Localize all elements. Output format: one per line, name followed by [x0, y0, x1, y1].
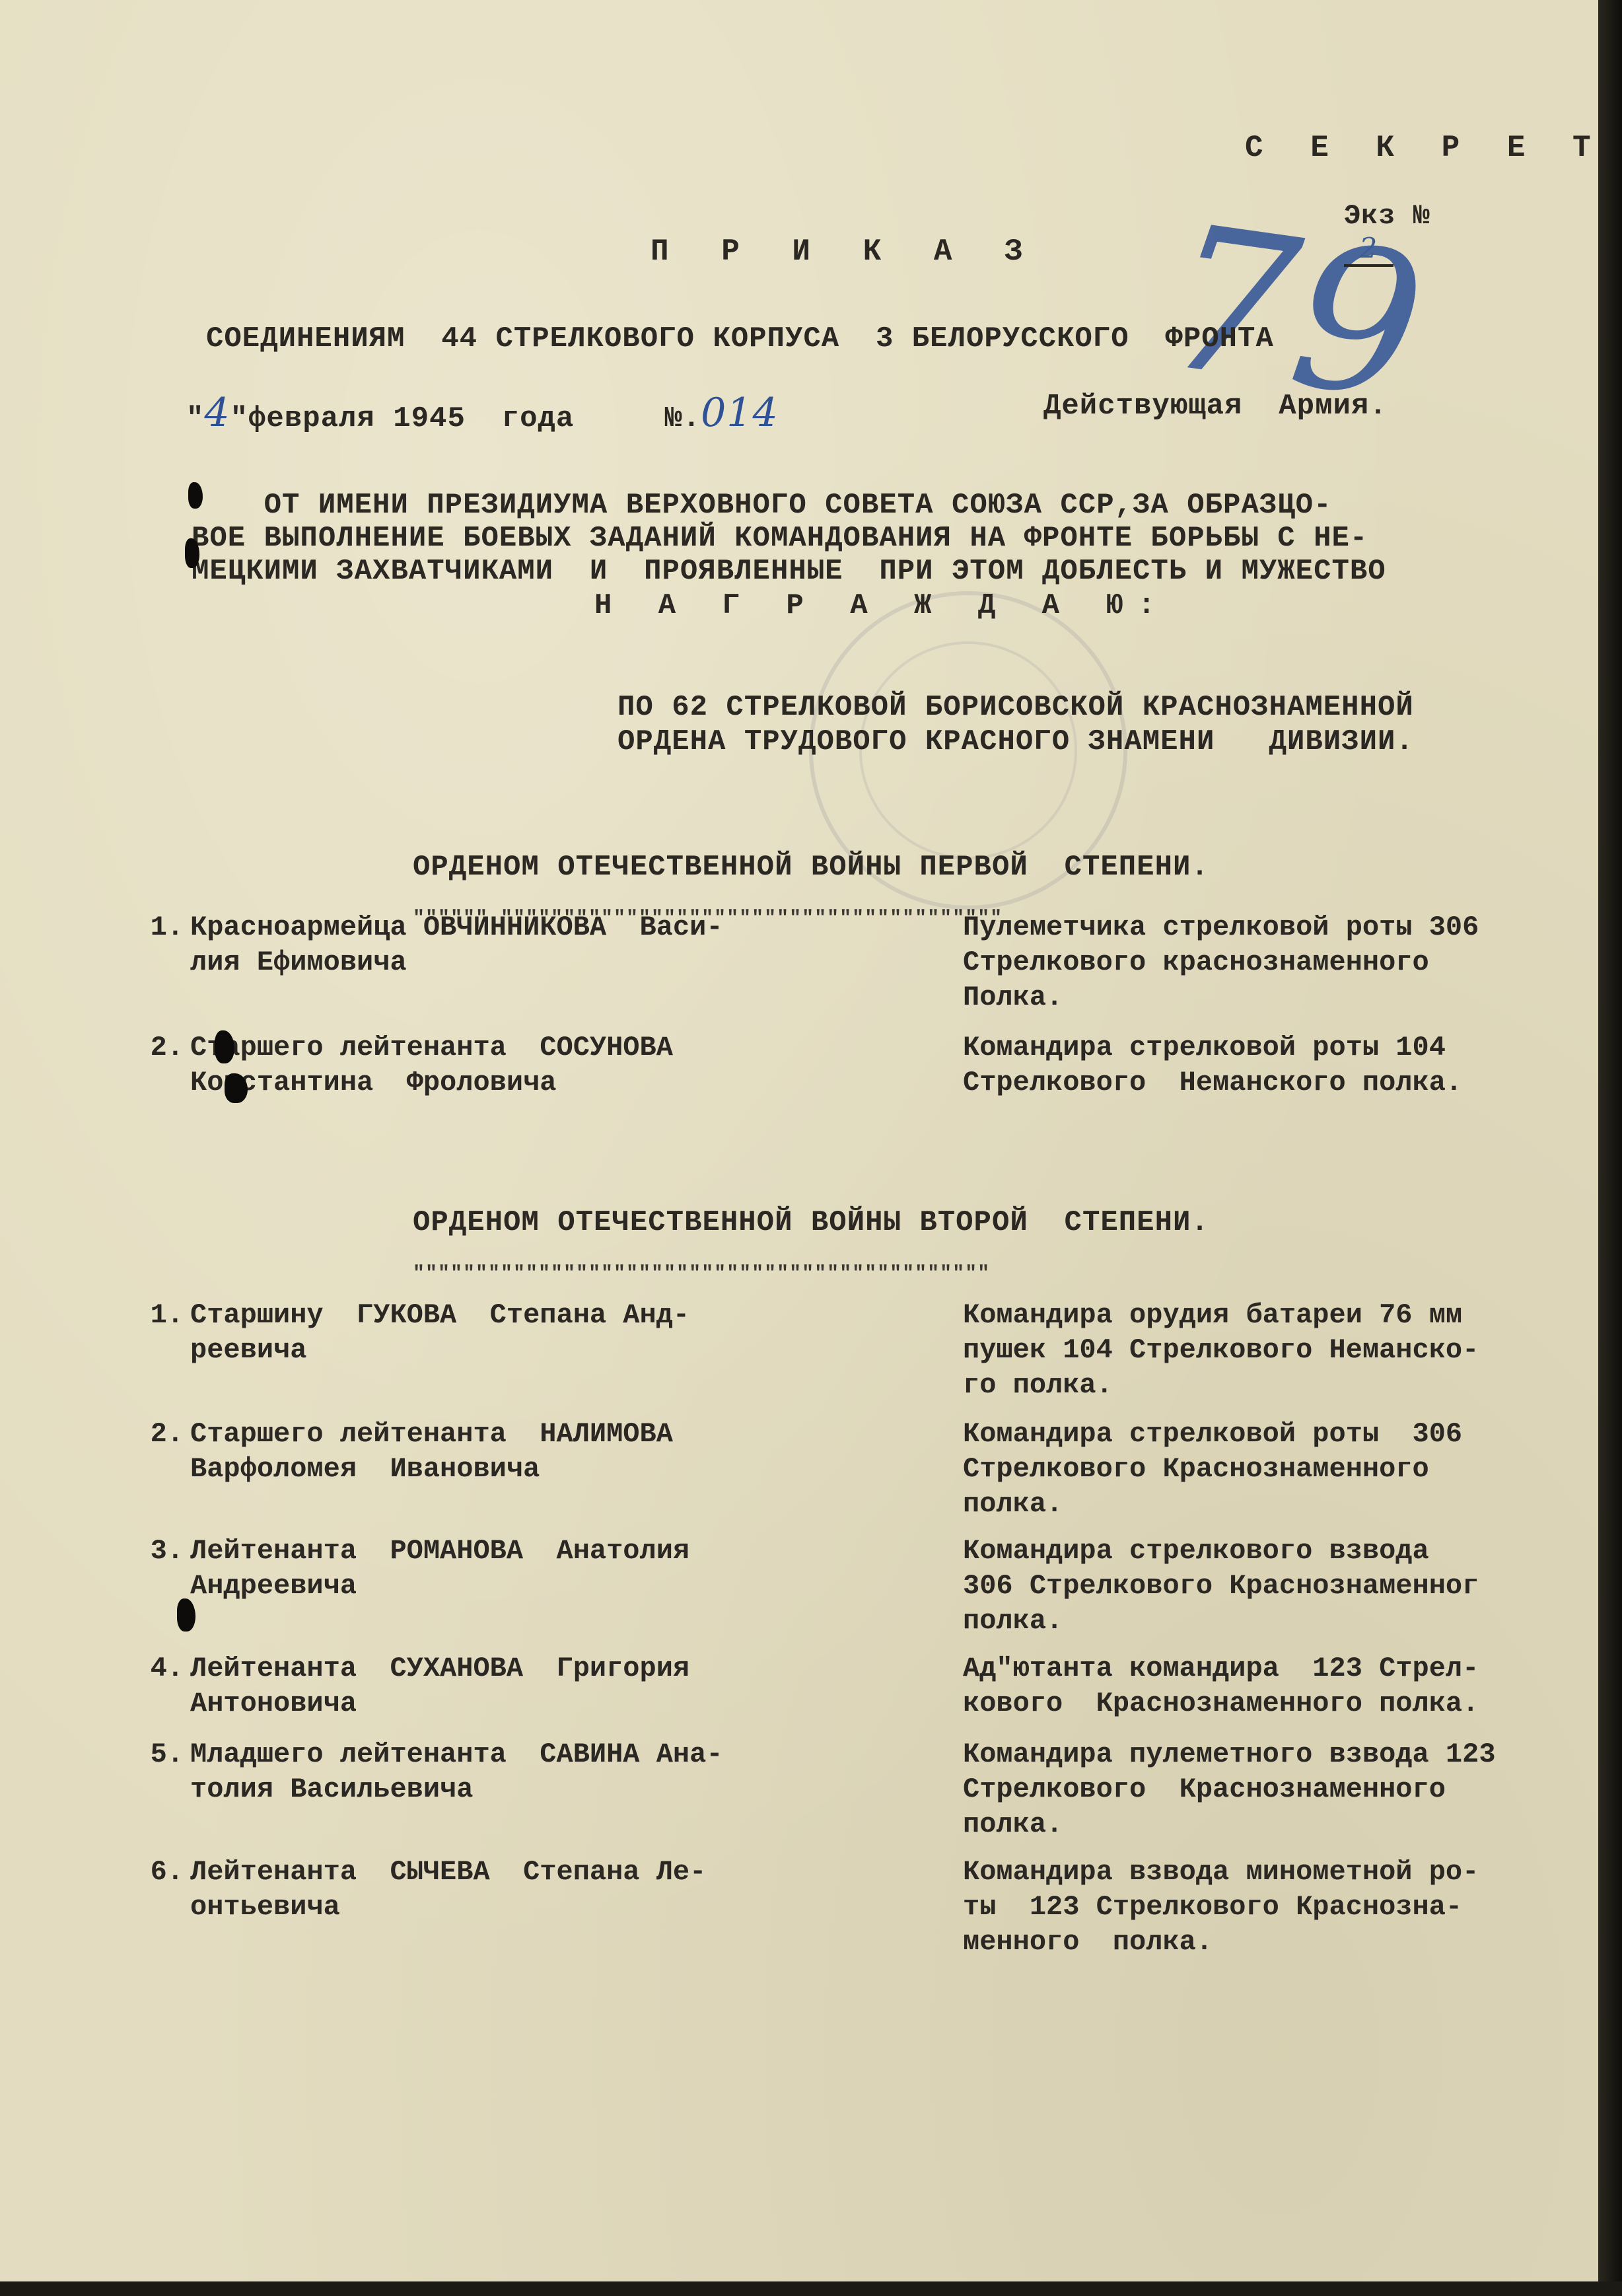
entry-name-line: онтьевича: [190, 1891, 340, 1923]
order-addressee: СОЕДИНЕНИЯМ 44 СТРЕЛКОВОГО КОРПУСА 3 БЕЛ…: [206, 322, 1274, 355]
entry-position-line: Командира стрелковой роты 104: [963, 1030, 1462, 1065]
award-entry-position: Командира стрелковой роты 306Стрелкового…: [963, 1417, 1462, 1522]
award-entry-name: 3.Лейтенанта РОМАНОВА Анатолия Андреевич…: [119, 1534, 689, 1604]
section-title-second-degree: ОРДЕНОМ ОТЕЧЕСТВЕННОЙ ВОЙНЫ ВТОРОЙ СТЕПЕ…: [413, 1182, 1209, 1309]
entry-position-line: менного полка.: [963, 1925, 1479, 1960]
entry-position-line: Стрелкового Краснознаменного: [963, 1452, 1462, 1487]
entry-name-line: Варфоломея Ивановича: [190, 1453, 540, 1485]
entry-number: 2.: [119, 1417, 190, 1452]
order-title: П Р И К А З: [651, 234, 1040, 269]
entry-position-line: полка.: [963, 1807, 1496, 1842]
entry-position-line: Командира взвода минометной ро-: [963, 1855, 1479, 1890]
section-underline: """"""""""""""""""""""""""""""""""""""""…: [413, 1263, 1209, 1285]
entry-position-line: полка.: [963, 1487, 1462, 1522]
entry-position-line: Командира стрелковой роты 306: [963, 1417, 1462, 1452]
date-open-quote: ": [186, 402, 204, 435]
award-entry-position: Командира стрелковой роты 104Стрелкового…: [963, 1030, 1462, 1100]
entry-position-line: полка.: [963, 1604, 1479, 1639]
page-edge-shadow: [1598, 0, 1622, 2296]
award-entry-position: Командира стрелкового взвода306 Стрелков…: [963, 1534, 1479, 1639]
entry-position-line: Командира стрелкового взвода: [963, 1534, 1479, 1569]
entry-name-line: Старшину ГУКОВА Степана Анд-: [190, 1299, 689, 1331]
entry-position-line: Стрелкового краснознаменного: [963, 945, 1479, 980]
date-day-handwritten: 4: [204, 390, 230, 436]
award-entry-name: 5.Младшего лейтенанта САВИНА Ана- толия …: [119, 1737, 723, 1807]
date-text: "февраля 1945 года: [230, 402, 575, 435]
entry-position-line: Пулеметчика стрелковой роты 306: [963, 910, 1479, 945]
entry-number: 1.: [119, 910, 190, 945]
entry-name-line: толия Васильевича: [190, 1774, 473, 1805]
page-bottom-edge: [0, 2281, 1622, 2296]
entry-position-line: кового Краснознаменного полка.: [963, 1686, 1479, 1721]
entry-number: 1.: [119, 1298, 190, 1333]
entry-number: 6.: [119, 1855, 190, 1890]
entry-position-line: Стрелкового Неманского полка.: [963, 1065, 1462, 1100]
order-number-label: №.: [664, 402, 701, 435]
entry-name-line: Красноармейца ОВЧИННИКОВА Васи-: [190, 912, 723, 943]
award-entry-position: Командира взвода минометной ро-ты 123 Ст…: [963, 1855, 1479, 1960]
award-entry-position: Ад"ютанта командира 123 Стрел-кового Кра…: [963, 1651, 1479, 1721]
order-date-line: "4"февраля 1945 года №.014: [186, 390, 779, 436]
entry-position-line: Командира орудия батареи 76 мм: [963, 1298, 1479, 1333]
entry-name-line: Старшего лейтенанта СОСУНОВА: [190, 1032, 673, 1063]
preamble-line: МЕЦКИМИ ЗАХВАТЧИКАМИ И ПРОЯВЛЕННЫЕ ПРИ Э…: [192, 555, 1578, 588]
entry-position-line: го полка.: [963, 1368, 1479, 1403]
division-line: ОРДЕНА ТРУДОВОГО КРАСНОГО ЗНАМЕНИ ДИВИЗИ…: [617, 725, 1414, 759]
entry-name-line: Младшего лейтенанта САВИНА Ана-: [190, 1739, 723, 1770]
award-entry-name: 4.Лейтенанта СУХАНОВА Григория Антонович…: [119, 1651, 689, 1721]
preamble-line: ВОЕ ВЫПОЛНЕНИЕ БОЕВЫХ ЗАДАНИЙ КОМАНДОВАН…: [192, 522, 1578, 555]
entry-name-line: Андреевича: [190, 1570, 357, 1602]
award-entry-name: 2.Старшего лейтенанта НАЛИМОВА Варфоломе…: [119, 1417, 673, 1487]
order-number-handwritten: 014: [701, 390, 779, 436]
copy-number-line: Экз № 2: [1275, 168, 1430, 299]
entry-position-line: Ад"ютанта командира 123 Стрел-: [963, 1651, 1479, 1686]
entry-position-line: 306 Стрелкового Краснознаменног: [963, 1569, 1479, 1604]
award-entry-name: 6.Лейтенанта СЫЧЕВА Степана Ле- онтьевич…: [119, 1855, 706, 1925]
division-heading: ПО 62 СТРЕЛКОВОЙ БОРИСОВСКОЙ КРАСНОЗНАМЕ…: [617, 690, 1414, 759]
section-title-text: ОРДЕНОМ ОТЕЧЕСТВЕННОЙ ВОЙНЫ ВТОРОЙ СТЕПЕ…: [413, 1206, 1209, 1239]
copy-label: Экз №: [1344, 200, 1430, 232]
award-entry-position: Командира пулеметного взвода 123Стрелков…: [963, 1737, 1496, 1842]
entry-name-line: реевича: [190, 1334, 306, 1366]
entry-number: 3.: [119, 1534, 190, 1569]
binding-hole: [185, 538, 199, 568]
entry-number: 4.: [119, 1651, 190, 1686]
order-location: Действующая Армия.: [1043, 390, 1388, 423]
entry-position-line: Командира пулеметного взвода 123: [963, 1737, 1496, 1772]
award-entry-position: Пулеметчика стрелковой роты 306Стрелково…: [963, 910, 1479, 1015]
entry-name-line: Лейтенанта СУХАНОВА Григория: [190, 1653, 689, 1684]
entry-position-line: Полка.: [963, 980, 1479, 1015]
entry-name-line: Антоновича: [190, 1688, 357, 1719]
classification-label: С Е К Р Е Т Н О: [1245, 131, 1622, 165]
section-title-text: ОРДЕНОМ ОТЕЧЕСТВЕННОЙ ВОЙНЫ ПЕРВОЙ СТЕПЕ…: [413, 851, 1209, 884]
entry-position-line: пушек 104 Стрелкового Неманско-: [963, 1333, 1479, 1368]
division-line: ПО 62 СТРЕЛКОВОЙ БОРИСОВСКОЙ КРАСНОЗНАМЕ…: [617, 690, 1414, 725]
entry-number: 2.: [119, 1030, 190, 1065]
award-entry-name: 1.Красноармейца ОВЧИННИКОВА Васи- лия Еф…: [119, 910, 723, 980]
binding-hole: [225, 1073, 248, 1103]
binding-hole: [215, 1030, 234, 1063]
entry-position-line: Стрелкового Краснознаменного: [963, 1772, 1496, 1807]
binding-hole: [177, 1598, 195, 1632]
copy-number: 2: [1344, 232, 1393, 267]
entry-position-line: ты 123 Стрелкового Краснозна-: [963, 1890, 1479, 1925]
entry-name-line: Лейтенанта РОМАНОВА Анатолия: [190, 1535, 689, 1567]
preamble-line: ОТ ИМЕНИ ПРЕЗИДИУМА ВЕРХОВНОГО СОВЕТА СО…: [192, 489, 1578, 522]
entry-name-line: лия Ефимовича: [190, 947, 407, 978]
order-preamble: ОТ ИМЕНИ ПРЕЗИДИУМА ВЕРХОВНОГО СОВЕТА СО…: [192, 489, 1578, 588]
entry-name-line: Лейтенанта СЫЧЕВА Степана Ле-: [190, 1856, 706, 1888]
document-page: 79 С Е К Р Е Т Н О Экз № 2 П Р И К А З С…: [0, 0, 1598, 2282]
award-entry-name: 1.Старшину ГУКОВА Степана Анд- реевича: [119, 1298, 689, 1368]
award-entry-name: 2.Старшего лейтенанта СОСУНОВА Константи…: [119, 1030, 673, 1100]
entry-number: 5.: [119, 1737, 190, 1772]
entry-name-line: Старшего лейтенанта НАЛИМОВА: [190, 1418, 673, 1450]
award-declaration: Н А Г Р А Ж Д А Ю:: [594, 589, 1170, 622]
award-entry-position: Командира орудия батареи 76 ммпушек 104 …: [963, 1298, 1479, 1403]
binding-hole: [188, 482, 203, 509]
